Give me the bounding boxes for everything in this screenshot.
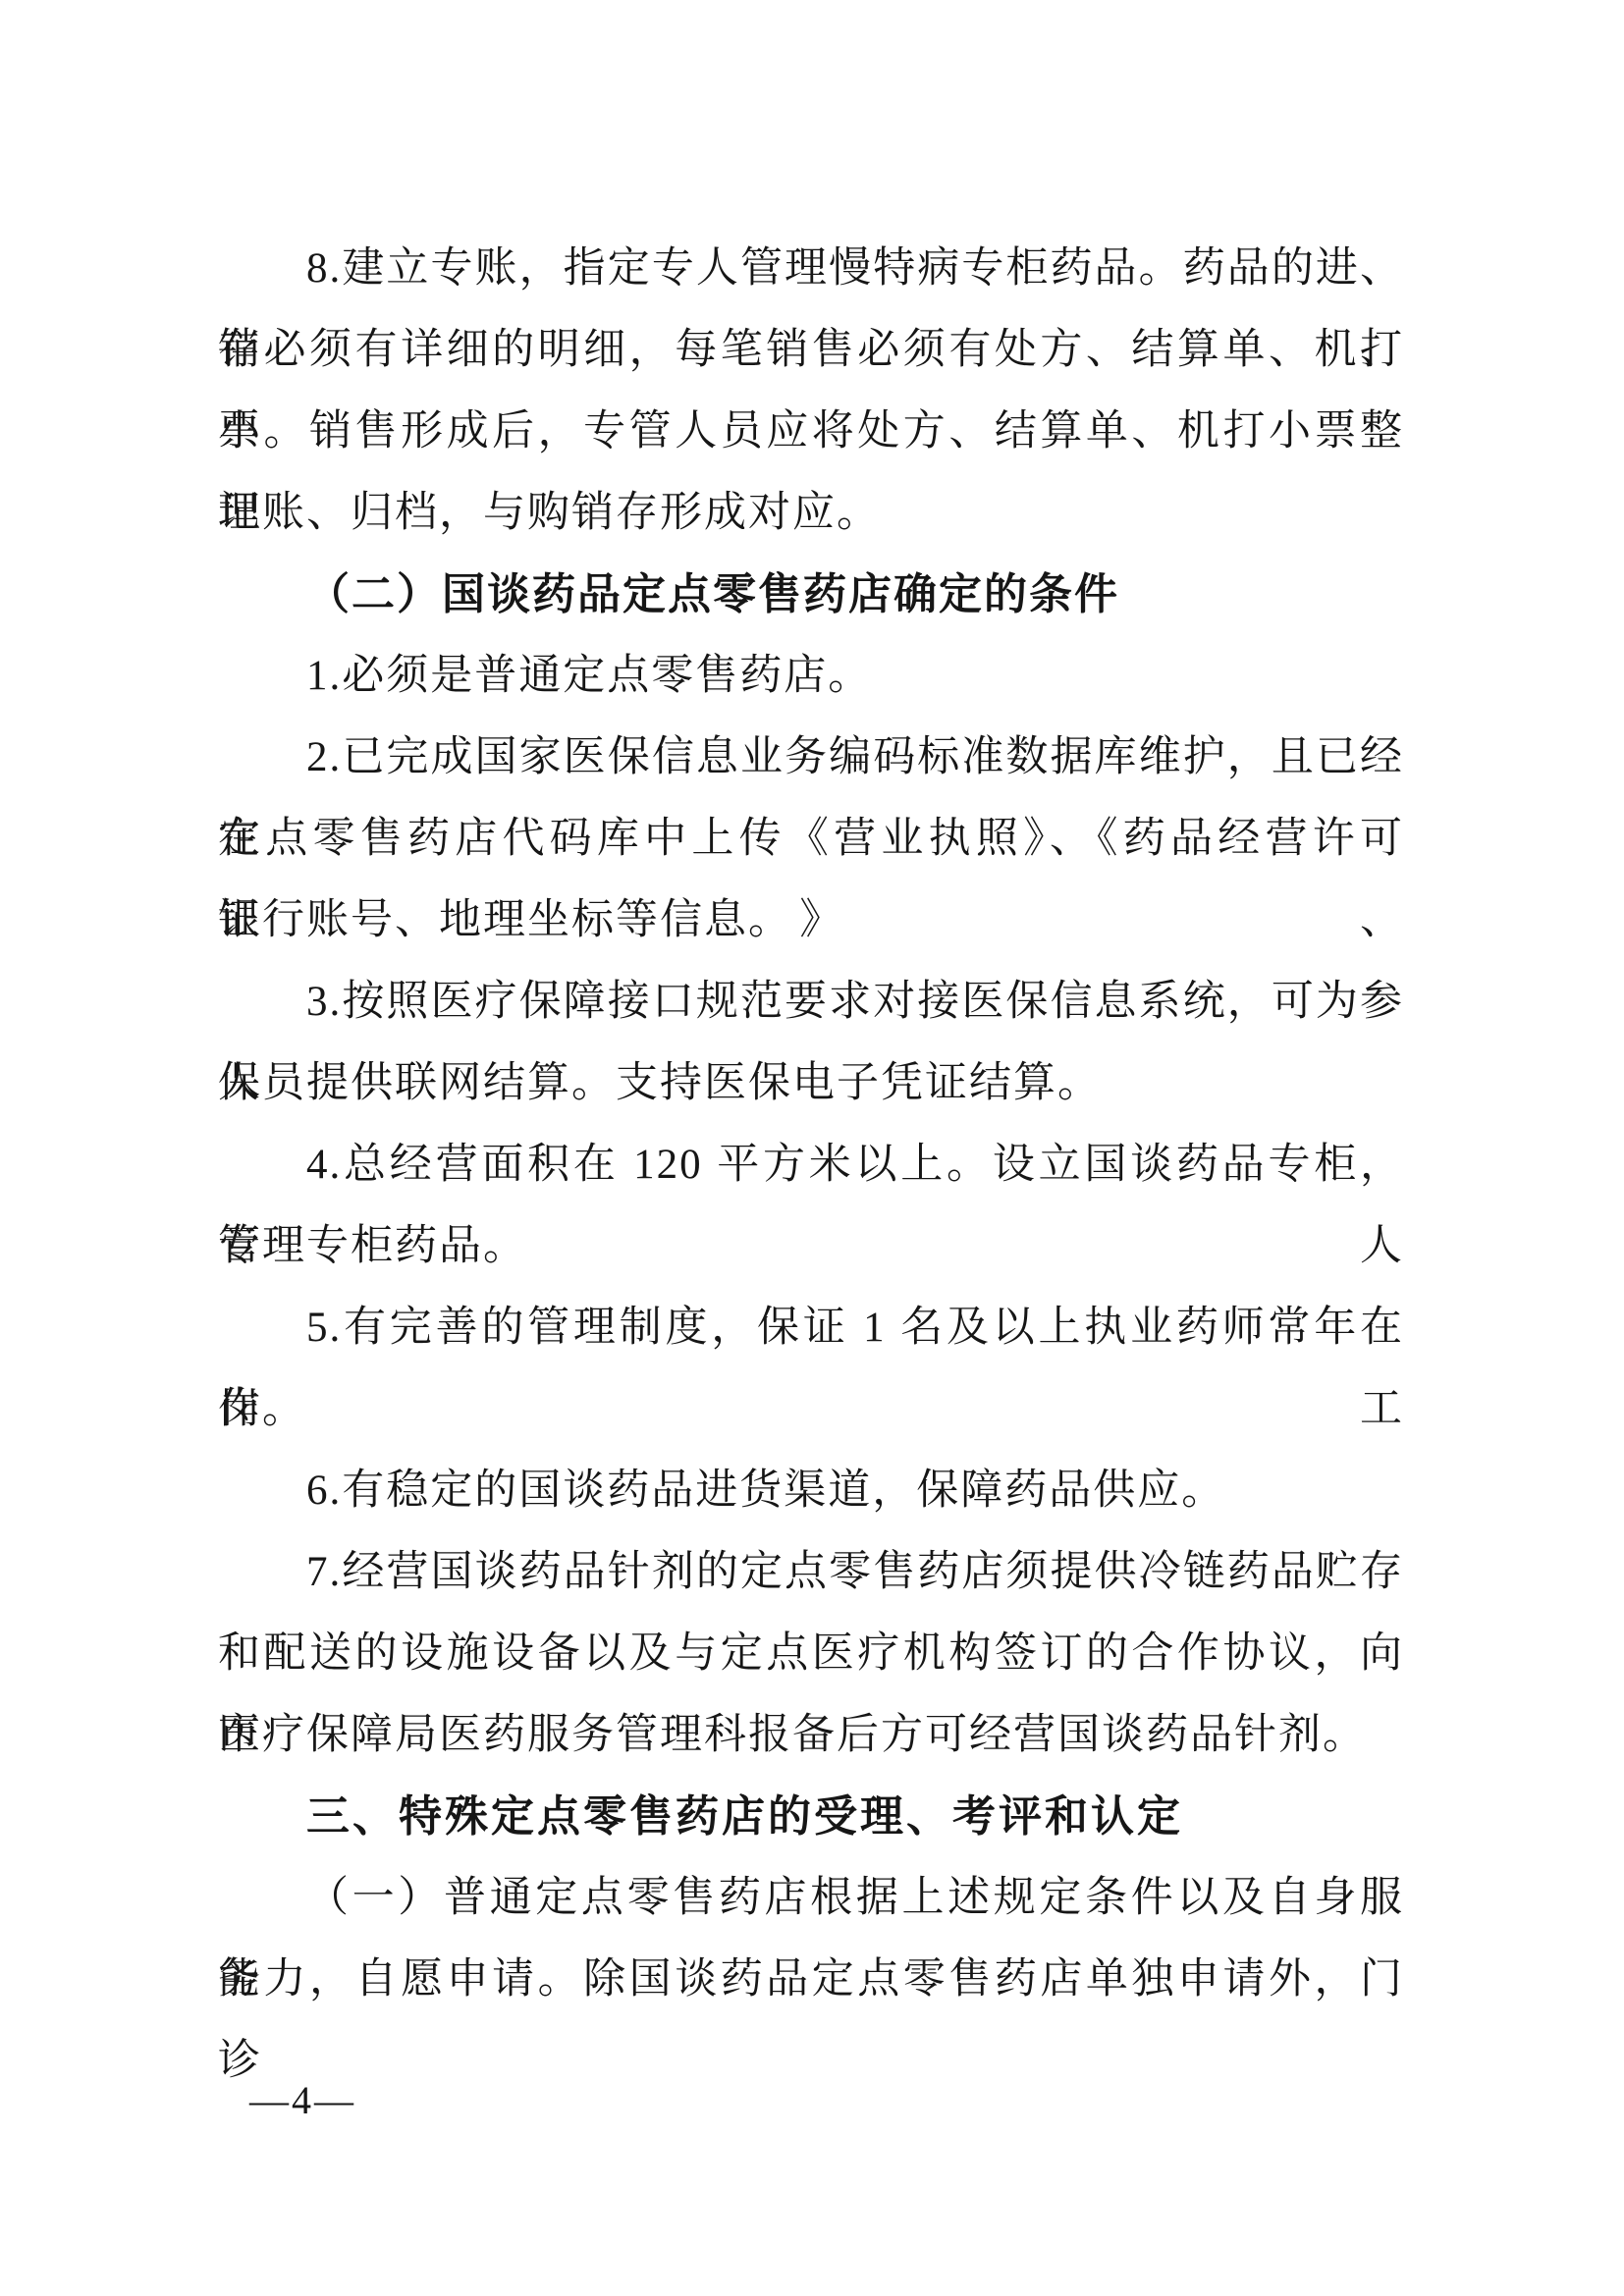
para-cond4-line-1: 4.总经营面积在 120 平方米以上。设立国谈药品专柜，专人 [218,1124,1404,1205]
document-body: 8.建立专账，指定专人管理慢特病专柜药品。药品的进、销、 存必须有详细的明细，每… [218,228,1404,2020]
para-cond1: 1.必须是普通定点零售药店。 [218,635,1404,717]
document-page: 8.建立专账，指定专人管理慢特病专柜药品。药品的进、销、 存必须有详细的明细，每… [0,0,1624,2296]
para-cond5-line-1: 5.有完善的管理制度，保证 1 名及以上执业药师常年在岗工 [218,1287,1404,1368]
para-3-1-line-1: （一）普通定点零售药店根据上述规定条件以及自身服务 [218,1857,1404,1939]
para-item8-line-2: 存必须有详细的明细，每笔销售必须有处方、结算单、机打小 [218,309,1404,391]
para-cond7-line-3: 医疗保障局医药服务管理科报备后方可经营国谈药品针剂。 [218,1694,1404,1776]
para-cond3-line-1: 3.按照医疗保障接口规范要求对接医保信息系统，可为参保 [218,961,1404,1042]
heading-subsection-2: （二）国谈药品定点零售药店确定的条件 [218,554,1404,635]
para-cond2-line-1: 2.已完成国家医保信息业务编码标准数据库维护，且已经在 [218,717,1404,798]
para-cond3-line-2: 人员提供联网结算。支持医保电子凭证结算。 [218,1042,1404,1124]
heading-section-3: 三、特殊定点零售药店的受理、考评和认定 [218,1776,1404,1857]
para-3-1-line-2: 能力，自愿申请。除国谈药品定点零售药店单独申请外，门诊 [218,1939,1404,2020]
para-item8-line-1: 8.建立专账，指定专人管理慢特病专柜药品。药品的进、销、 [218,228,1404,309]
para-item8-line-3: 票。销售形成后，专管人员应将处方、结算单、机打小票整理 [218,391,1404,472]
page-number: —4— [249,2073,356,2128]
para-cond6: 6.有稳定的国谈药品进货渠道，保障药品供应。 [218,1450,1404,1531]
para-cond7-line-1: 7.经营国谈药品针剂的定点零售药店须提供冷链药品贮存 [218,1531,1404,1613]
para-cond7-line-2: 和配送的设施设备以及与定点医疗机构签订的合作协议，向市 [218,1613,1404,1694]
para-item8-line-4: 记账、归档，与购销存形成对应。 [218,472,1404,554]
para-cond2-line-2: 定点零售药店代码库中上传《营业执照》、《药品经营许可证》、 [218,798,1404,880]
